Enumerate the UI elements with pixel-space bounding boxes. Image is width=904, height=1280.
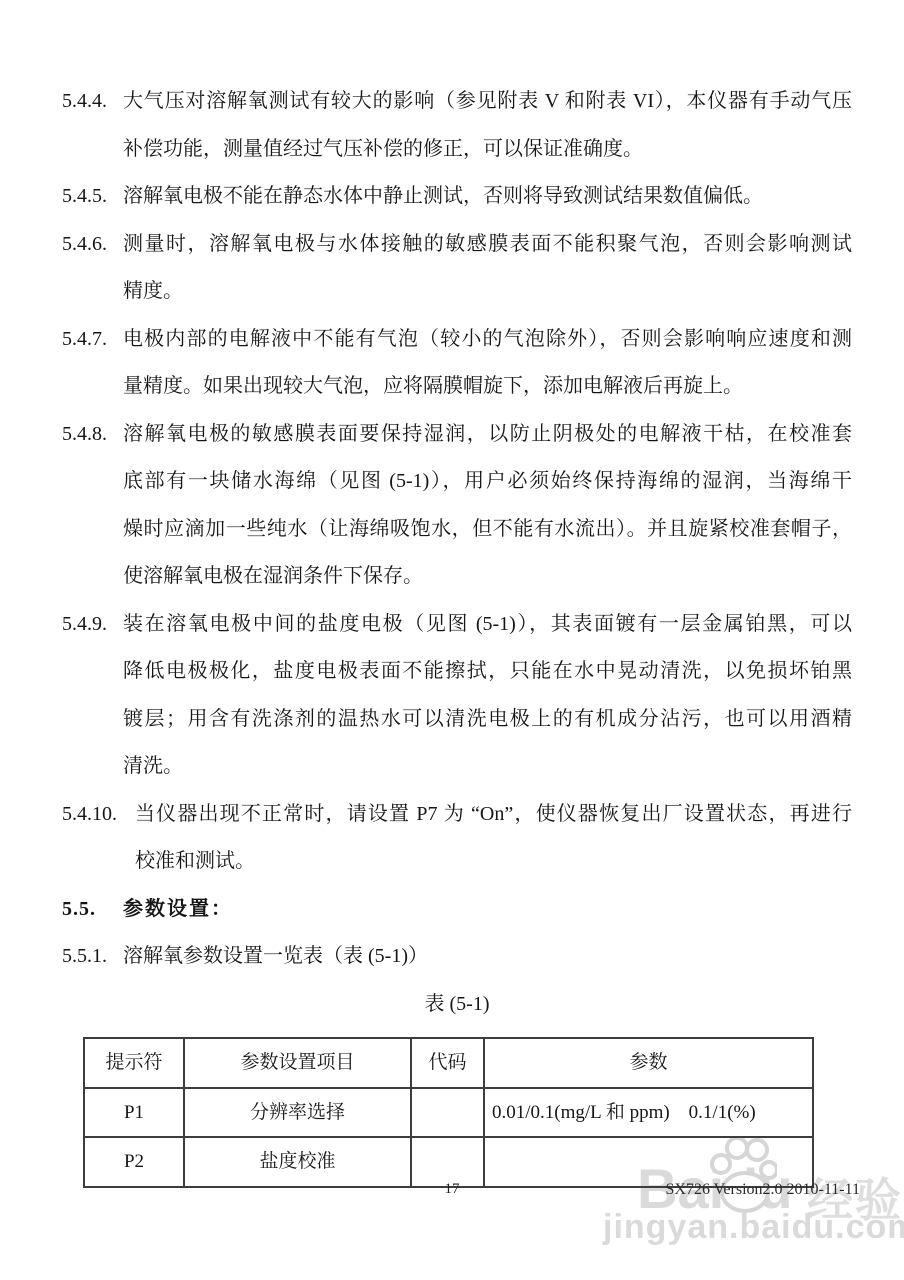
text-line: 使溶解氧电极在湿润条件下保存。 (123, 553, 852, 601)
table-header-cell: 参数 (484, 1038, 813, 1088)
table-cell (411, 1137, 484, 1187)
section-5-5-1: 5.5.1.溶解氧参数设置一览表（表 (5-1)） (62, 933, 852, 981)
table-cell (411, 1088, 484, 1138)
table-header-row: 提示符参数设置项目代码参数 (84, 1038, 813, 1088)
text-line: 溶解氧电极不能在静态水体中静止测试，否则将导致测试结果数值偏低。 (123, 173, 852, 221)
table-header-cell: 代码 (411, 1038, 484, 1088)
table-cell: P2 (84, 1137, 184, 1187)
table-row: P2盐度校准 (84, 1137, 813, 1187)
footer-version-text: SX726 Version2.0 2010-11-11 (665, 1181, 860, 1199)
section-5-4-5: 5.4.5.溶解氧电极不能在静态水体中静止测试，否则将导致测试结果数值偏低。 (62, 173, 852, 221)
table-cell: 盐度校准 (184, 1137, 411, 1187)
section-number: 5.4.9. (62, 601, 107, 649)
section-5-4-4: 5.4.4.大气压对溶解氧测试有较大的影响（参见附表 V 和附表 VI），本仪器… (62, 78, 852, 173)
table-row: P1分辨率选择0.01/0.1(mg/L 和 ppm) 0.1/1(%) (84, 1088, 813, 1138)
text-line: 测量时，溶解氧电极与水体接触的敏感膜表面不能积聚气泡，否则会影响测试 (123, 221, 852, 269)
parameter-table: 提示符参数设置项目代码参数 P1分辨率选择0.01/0.1(mg/L 和 ppm… (83, 1037, 814, 1188)
text-line: 大气压对溶解氧测试有较大的影响（参见附表 V 和附表 VI），本仪器有手动气压 (123, 78, 852, 126)
table-cell (484, 1137, 813, 1187)
document-page: Baidu 经验 jingyan.baidu.com 5.4.4.大气压对溶解氧… (0, 0, 904, 1280)
text-line: 清洗。 (123, 743, 852, 791)
parameter-table-body: P1分辨率选择0.01/0.1(mg/L 和 ppm) 0.1/1(%)P2盐度… (84, 1088, 813, 1187)
section-number: 5.5.1. (62, 933, 107, 981)
section-5-5: 5.5.参数设置： (62, 886, 852, 934)
section-number: 5.4.10. (62, 791, 117, 839)
table-header-cell: 参数设置项目 (184, 1038, 411, 1088)
document-body: 5.4.4.大气压对溶解氧测试有较大的影响（参见附表 V 和附表 VI），本仪器… (62, 78, 852, 1188)
text-line: 底部有一块储水海绵（见图 (5-1)），用户必须始终保持海绵的湿润，当海绵干 (123, 458, 852, 506)
section-5-4-6: 5.4.6.测量时，溶解氧电极与水体接触的敏感膜表面不能积聚气泡，否则会影响测试… (62, 221, 852, 316)
section-number: 5.4.6. (62, 221, 107, 269)
text-line: 参数设置： (123, 886, 852, 934)
section-number: 5.5. (62, 886, 96, 934)
section-5-4-7: 5.4.7.电极内部的电解液中不能有气泡（较小的气泡除外），否则会影响响应速度和… (62, 316, 852, 411)
section-5-4-9: 5.4.9.装在溶氧电极中间的盐度电极（见图 (5-1)），其表面镀有一层金属铂… (62, 601, 852, 791)
text-line: 装在溶氧电极中间的盐度电极（见图 (5-1)），其表面镀有一层金属铂黑，可以 (123, 601, 852, 649)
table-cell: 分辨率选择 (184, 1088, 411, 1138)
text-line: 校准和测试。 (135, 838, 852, 886)
table-cell: P1 (84, 1088, 184, 1138)
text-line: 电极内部的电解液中不能有气泡（较小的气泡除外），否则会影响响应速度和测 (123, 316, 852, 364)
section-number: 5.4.7. (62, 316, 107, 364)
text-line: 溶解氧电极的敏感膜表面要保持湿润，以防止阴极处的电解液干枯，在校准套 (123, 411, 852, 459)
text-line: 补偿功能，测量值经过气压补偿的修正，可以保证准确度。 (123, 126, 852, 174)
section-5-4-10: 5.4.10.当仪器出现不正常时，请设置 P7 为 “On”，使仪器恢复出厂设置… (62, 791, 852, 886)
body-sections: 5.4.4.大气压对溶解氧测试有较大的影响（参见附表 V 和附表 VI），本仪器… (62, 78, 852, 981)
text-line: 精度。 (123, 268, 852, 316)
table-header-cell: 提示符 (84, 1038, 184, 1088)
text-line: 量精度。如果出现较大气泡，应将隔膜帽旋下，添加电解液后再旋上。 (123, 363, 852, 411)
text-line: 降低电极极化，盐度电极表面不能擦拭，只能在水中晃动清洗，以免损坏铂黑 (123, 648, 852, 696)
section-number: 5.4.4. (62, 78, 107, 126)
text-line: 燥时应滴加一些纯水（让海绵吸饱水，但不能有水流出）。并且旋紧校准套帽子， (123, 506, 852, 554)
text-line: 镀层；用含有洗涤剂的温热水可以清洗电极上的有机成分沾污，也可以用酒精 (123, 696, 852, 744)
parameter-table-head: 提示符参数设置项目代码参数 (84, 1038, 813, 1088)
text-line: 当仪器出现不正常时，请设置 P7 为 “On”，使仪器恢复出厂设置状态，再进行 (135, 791, 852, 839)
table-title: 表 (5-1) (62, 981, 852, 1029)
section-number: 5.4.5. (62, 173, 107, 221)
table-cell: 0.01/0.1(mg/L 和 ppm) 0.1/1(%) (484, 1088, 813, 1138)
text-line: 溶解氧参数设置一览表（表 (5-1)） (123, 933, 852, 981)
watermark-url: jingyan.baidu.com (603, 1208, 904, 1247)
section-number: 5.4.8. (62, 411, 107, 459)
section-5-4-8: 5.4.8.溶解氧电极的敏感膜表面要保持湿润，以防止阴极处的电解液干枯，在校准套… (62, 411, 852, 601)
